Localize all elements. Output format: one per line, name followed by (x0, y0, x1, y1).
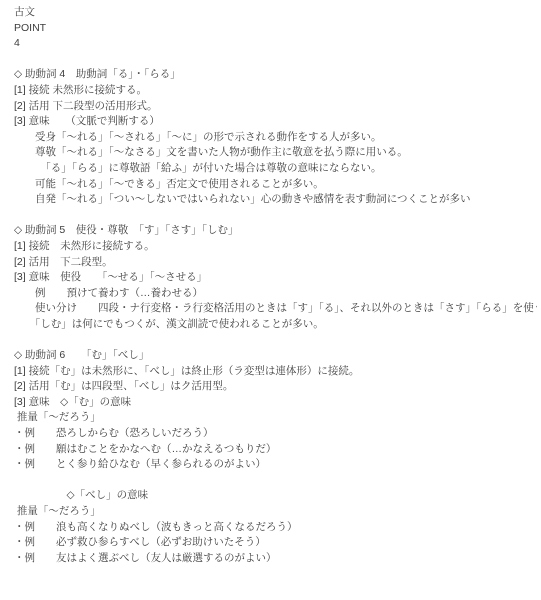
document-line: [1] 接続 未然形に接続する。 (14, 83, 537, 99)
section-heading: ◇ 助動詞 5 使役・尊敬 「す」「さす」「しむ」 (14, 223, 537, 239)
document-line: ・例 とく参り給ひなむ（早く参られるのがよい） (14, 457, 537, 473)
document-line: ・例 友はよく選ぶべし（友人は厳選するのがよい） (14, 551, 537, 567)
section-heading: ◇ 助動詞 6 「む」「べし」 (14, 348, 537, 364)
point-number: 4 (14, 36, 537, 52)
subject-label: 古文 (14, 5, 537, 21)
document-page: 古文 POINT 4 ◇ 助動詞 4 助動詞「る」・「らる」[1] 接続 未然形… (0, 0, 541, 600)
blank-line (14, 52, 537, 68)
document-line: 例 預けて養わす（…養わせる） (14, 286, 537, 302)
document-line: 受身「〜れる」「〜される」「〜に」の形で示される動作をする人が多い。 (14, 130, 537, 146)
document-line: 推量「〜だろう」 (14, 410, 537, 426)
blank-line (14, 208, 537, 224)
document-line: ・例 必ず救ひ参らすべし（必ずお助けいたそう） (14, 535, 537, 551)
document-line: 尊敬「〜れる」「〜なさる」文を書いた人物が動作主に敬意を払う際に用いる。 (14, 145, 537, 161)
document-line: [3] 意味 ◇「む」の意味 (14, 395, 537, 411)
document-line: 「る」「らる」に尊敬語「給ふ」が付いた場合は尊敬の意味にならない。 (14, 161, 537, 177)
document-line: [3] 意味 使役 「〜せる」「〜させる」 (14, 270, 537, 286)
document-line: ・例 浪も高くなりぬべし（波もきっと高くなるだろう） (14, 520, 537, 536)
document-line: [1] 接続「む」は未然形に、「べし」は終止形（ラ変型は連体形）に接続。 (14, 364, 537, 380)
page-header: 古文 POINT 4 (14, 5, 537, 52)
document-line: 使い分け 四段・ナ行変格・ラ行変格活用のときは「す」「る」、それ以外のときは「さ… (14, 301, 537, 317)
document-line: 可能「〜れる」「〜できる」否定文で使用されることが多い。 (14, 177, 537, 193)
document-line: [2] 活用 下二段型。 (14, 255, 537, 271)
document-line: [3] 意味 （文脈で判断する） (14, 114, 537, 130)
document-line: ・例 恐ろしからむ（恐ろしいだろう） (14, 426, 537, 442)
document-line: [2] 活用「む」は四段型、「べし」はク活用型。 (14, 379, 537, 395)
document-line: [2] 活用 下二段型の活用形式。 (14, 99, 537, 115)
document-line: ・例 願はむことをかなへむ（…かなえるつもりだ） (14, 442, 537, 458)
document-line: 自発「〜れる」「つい〜しないではいられない」心の動きや感情を表す動詞につくことが… (14, 192, 537, 208)
document-line: [1] 接続 未然形に接続する。 (14, 239, 537, 255)
section-heading: ◇ 助動詞 4 助動詞「る」・「らる」 (14, 67, 537, 83)
document-line: 「しむ」は何にでもつくが、漢文訓読で使われることが多い。 (14, 317, 537, 333)
point-label: POINT (14, 21, 537, 37)
sections-container: ◇ 助動詞 4 助動詞「る」・「らる」[1] 接続 未然形に接続する。[2] 活… (14, 67, 537, 566)
blank-line (14, 473, 537, 489)
document-line: 推量「〜だろう」 (14, 504, 537, 520)
blank-line (14, 332, 537, 348)
document-line: ◇「べし」の意味 (14, 488, 537, 504)
